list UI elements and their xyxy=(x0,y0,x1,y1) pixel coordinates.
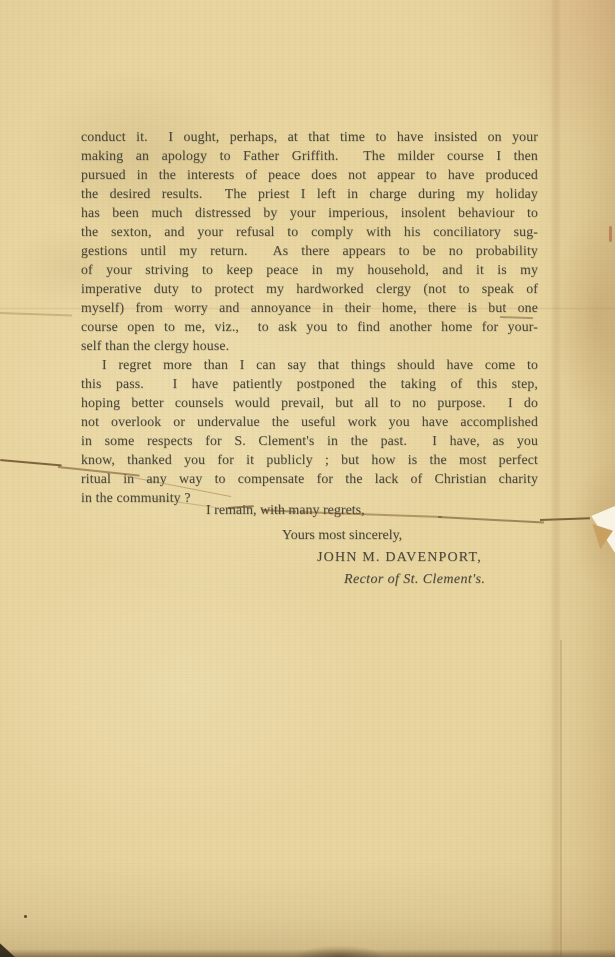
letter-line: pursued in the interests of peace does n… xyxy=(81,165,538,184)
horizontal-fold-mark xyxy=(0,312,72,317)
letter-line: in some respects for S. Clement's in the… xyxy=(81,431,538,450)
letter-line: course open to me, viz., to ask you to f… xyxy=(81,317,538,336)
letter-page: conduct it. I ought, perhaps, at that ti… xyxy=(0,0,615,957)
letter-line: ritual in any way to compensate for the … xyxy=(81,469,538,488)
letter-line: gestions until my return. As there appea… xyxy=(81,241,538,260)
letter-line: know, thanked you for it publicly ; but … xyxy=(81,450,538,469)
letter-line: has been much distressed by your imperio… xyxy=(81,203,538,222)
letter-body: conduct it. I ought, perhaps, at that ti… xyxy=(81,127,538,507)
ink-speck xyxy=(24,915,27,918)
letter-line: making an apology to Father Griffith. Th… xyxy=(81,146,538,165)
bottom-smudge xyxy=(295,945,385,957)
tear-crease-segment xyxy=(0,459,62,466)
letter-line: conduct it. I ought, perhaps, at that ti… xyxy=(81,127,538,146)
letter-line: hoping better counsels would prevail, bu… xyxy=(81,393,538,412)
letter-paragraph-1: conduct it. I ought, perhaps, at that ti… xyxy=(81,127,538,355)
letter-line: the sexton, and your refusal to comply w… xyxy=(81,222,538,241)
letter-line: not overlook or undervalue the useful wo… xyxy=(81,412,538,431)
letter-line: this pass. I have patiently postponed th… xyxy=(81,374,538,393)
signature-name: JOHN M. DAVENPORT, xyxy=(317,550,482,566)
vertical-fold-line xyxy=(560,640,562,957)
letter-line: I regret more than I can say that things… xyxy=(81,355,538,374)
letter-line: imperative duty to protect my hardworked… xyxy=(81,279,538,298)
signature-title: Rector of St. Clement's. xyxy=(344,572,485,588)
letter-paragraph-2: I regret more than I can say that things… xyxy=(81,355,538,507)
letter-line: self than the clergy house. xyxy=(81,336,538,355)
letter-line: the desired results. The priest I left i… xyxy=(81,184,538,203)
edge-stain-mark xyxy=(609,226,612,242)
tear-crease-segment xyxy=(540,517,590,521)
letter-line: of your striving to keep peace in my hou… xyxy=(81,260,538,279)
tear-crease-segment xyxy=(438,516,544,523)
horizontal-fold-line xyxy=(0,307,615,310)
valediction-line: Yours most sincerely, xyxy=(282,528,402,544)
